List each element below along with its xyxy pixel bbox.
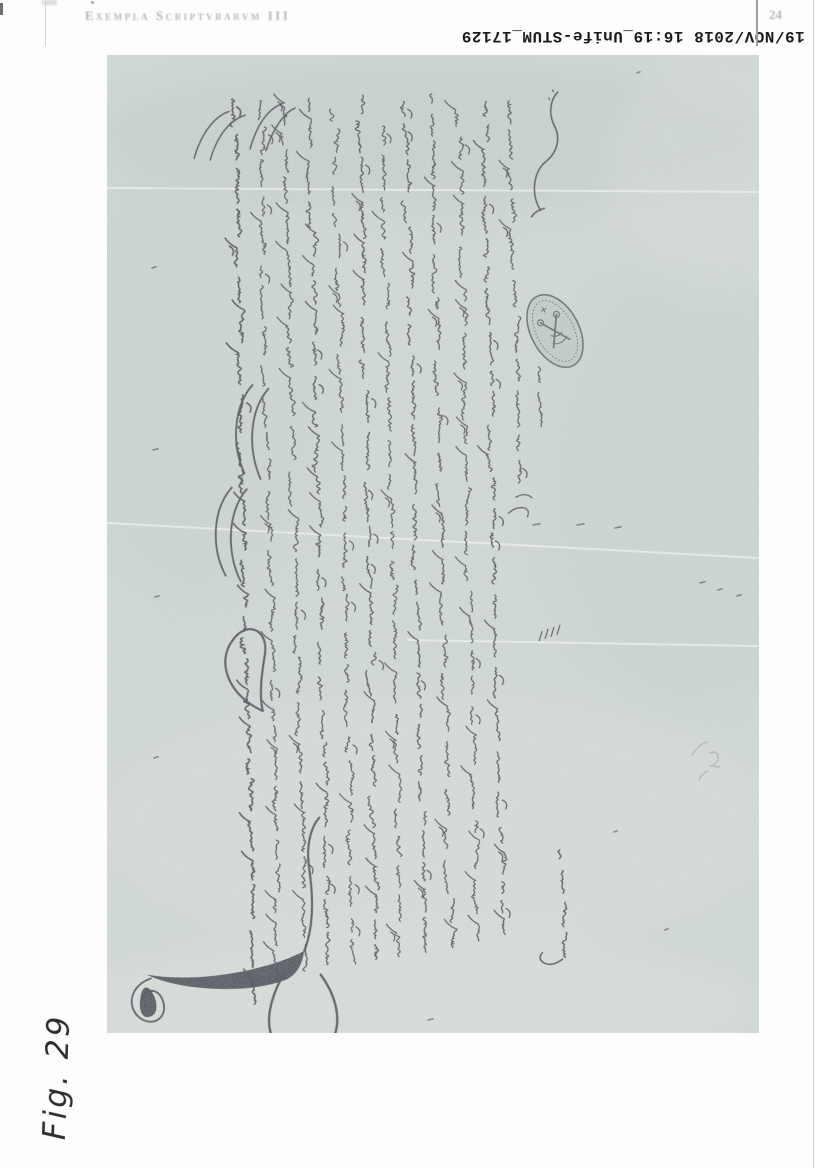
running-header: Exempla Scriptvrarvm III xyxy=(85,8,290,24)
photocopy-corner-mark xyxy=(0,3,3,15)
grain-light xyxy=(107,55,759,1033)
photocopy-speck xyxy=(91,1,94,4)
page-number-label: 24 xyxy=(769,7,782,23)
page-fold-line xyxy=(756,0,758,46)
scan-svg xyxy=(107,55,759,1033)
page-edge-line xyxy=(813,0,814,1168)
manuscript-scan xyxy=(107,55,759,1033)
scan-edge-line xyxy=(45,0,46,46)
fig-label: Fig. 29 xyxy=(36,991,86,1162)
page-root: Exempla Scriptvrarvm III 24 19/NOV/2018 … xyxy=(0,0,816,1168)
